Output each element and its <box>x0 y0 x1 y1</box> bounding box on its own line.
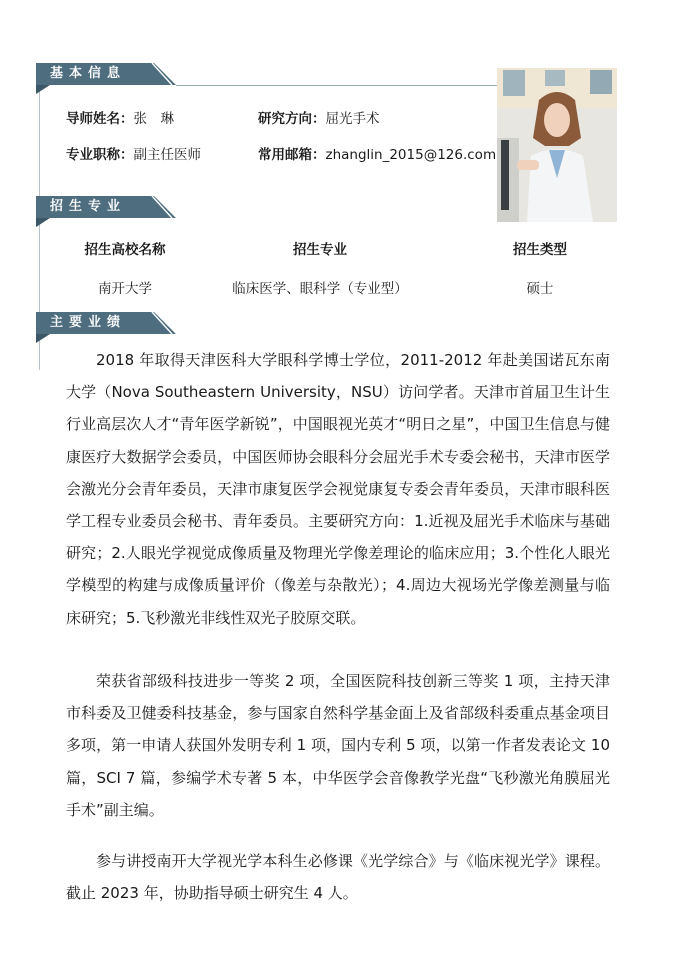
achievement-paragraph-1: 2018 年取得天津医科大学眼科学博士学位，2011-2012 年赴美国诺瓦东南… <box>66 344 610 634</box>
header-rule <box>176 85 498 86</box>
professional-title-field: 专业职称：副主任医师 <box>66 146 201 164</box>
banner-stripes-icon <box>136 63 178 85</box>
section-banner-basic-info: 基本信息 <box>36 63 178 85</box>
section-banner-enrollment: 招生专业 <box>36 196 178 218</box>
table-cell-university: 南开大学 <box>70 277 180 297</box>
banner-fold <box>36 334 50 343</box>
email-label: 常用邮箱： <box>258 147 326 163</box>
advisor-name-label: 导师姓名： <box>66 111 134 127</box>
section-banner-achievements: 主要业绩 <box>36 312 178 334</box>
section-title: 主要业绩 <box>50 312 126 334</box>
section-title: 招生专业 <box>50 196 126 218</box>
research-direction-field: 研究方向：屈光手术 <box>258 110 380 128</box>
table-cell-major: 临床医学、眼科学（专业型） <box>210 277 430 297</box>
table-header-university: 招生高校名称 <box>70 238 180 258</box>
table-cell-type: 硕士 <box>490 277 590 297</box>
research-direction-value: 屈光手术 <box>326 111 380 127</box>
banner-stripes-icon <box>136 196 178 218</box>
banner-fold <box>36 218 50 227</box>
professional-title-value: 副主任医师 <box>134 147 202 163</box>
profile-photo <box>497 68 617 222</box>
section-title: 基本信息 <box>50 63 126 85</box>
table-header-major: 招生专业 <box>250 238 390 258</box>
banner-fold <box>36 85 50 94</box>
email-value[interactable]: zhanglin_2015@126.com <box>326 147 497 163</box>
banner-stripes-icon <box>136 312 178 334</box>
achievement-paragraph-2: 荣获省部级科技进步一等奖 2 项，全国医院科技创新三等奖 1 项，主持天津市科委… <box>66 665 610 826</box>
research-direction-label: 研究方向： <box>258 111 326 127</box>
advisor-name-value: 张 琳 <box>134 111 175 127</box>
achievement-paragraph-3: 参与讲授南开大学视光学本科生必修课《光学综合》与《临床视光学》课程。截止 202… <box>66 845 610 909</box>
doctor-portrait-icon <box>497 68 617 222</box>
professional-title-label: 专业职称： <box>66 147 134 163</box>
email-field: 常用邮箱：zhanglin_2015@126.com <box>258 146 496 164</box>
table-header-type: 招生类型 <box>490 238 590 258</box>
advisor-name-field: 导师姓名：张 琳 <box>66 110 174 128</box>
